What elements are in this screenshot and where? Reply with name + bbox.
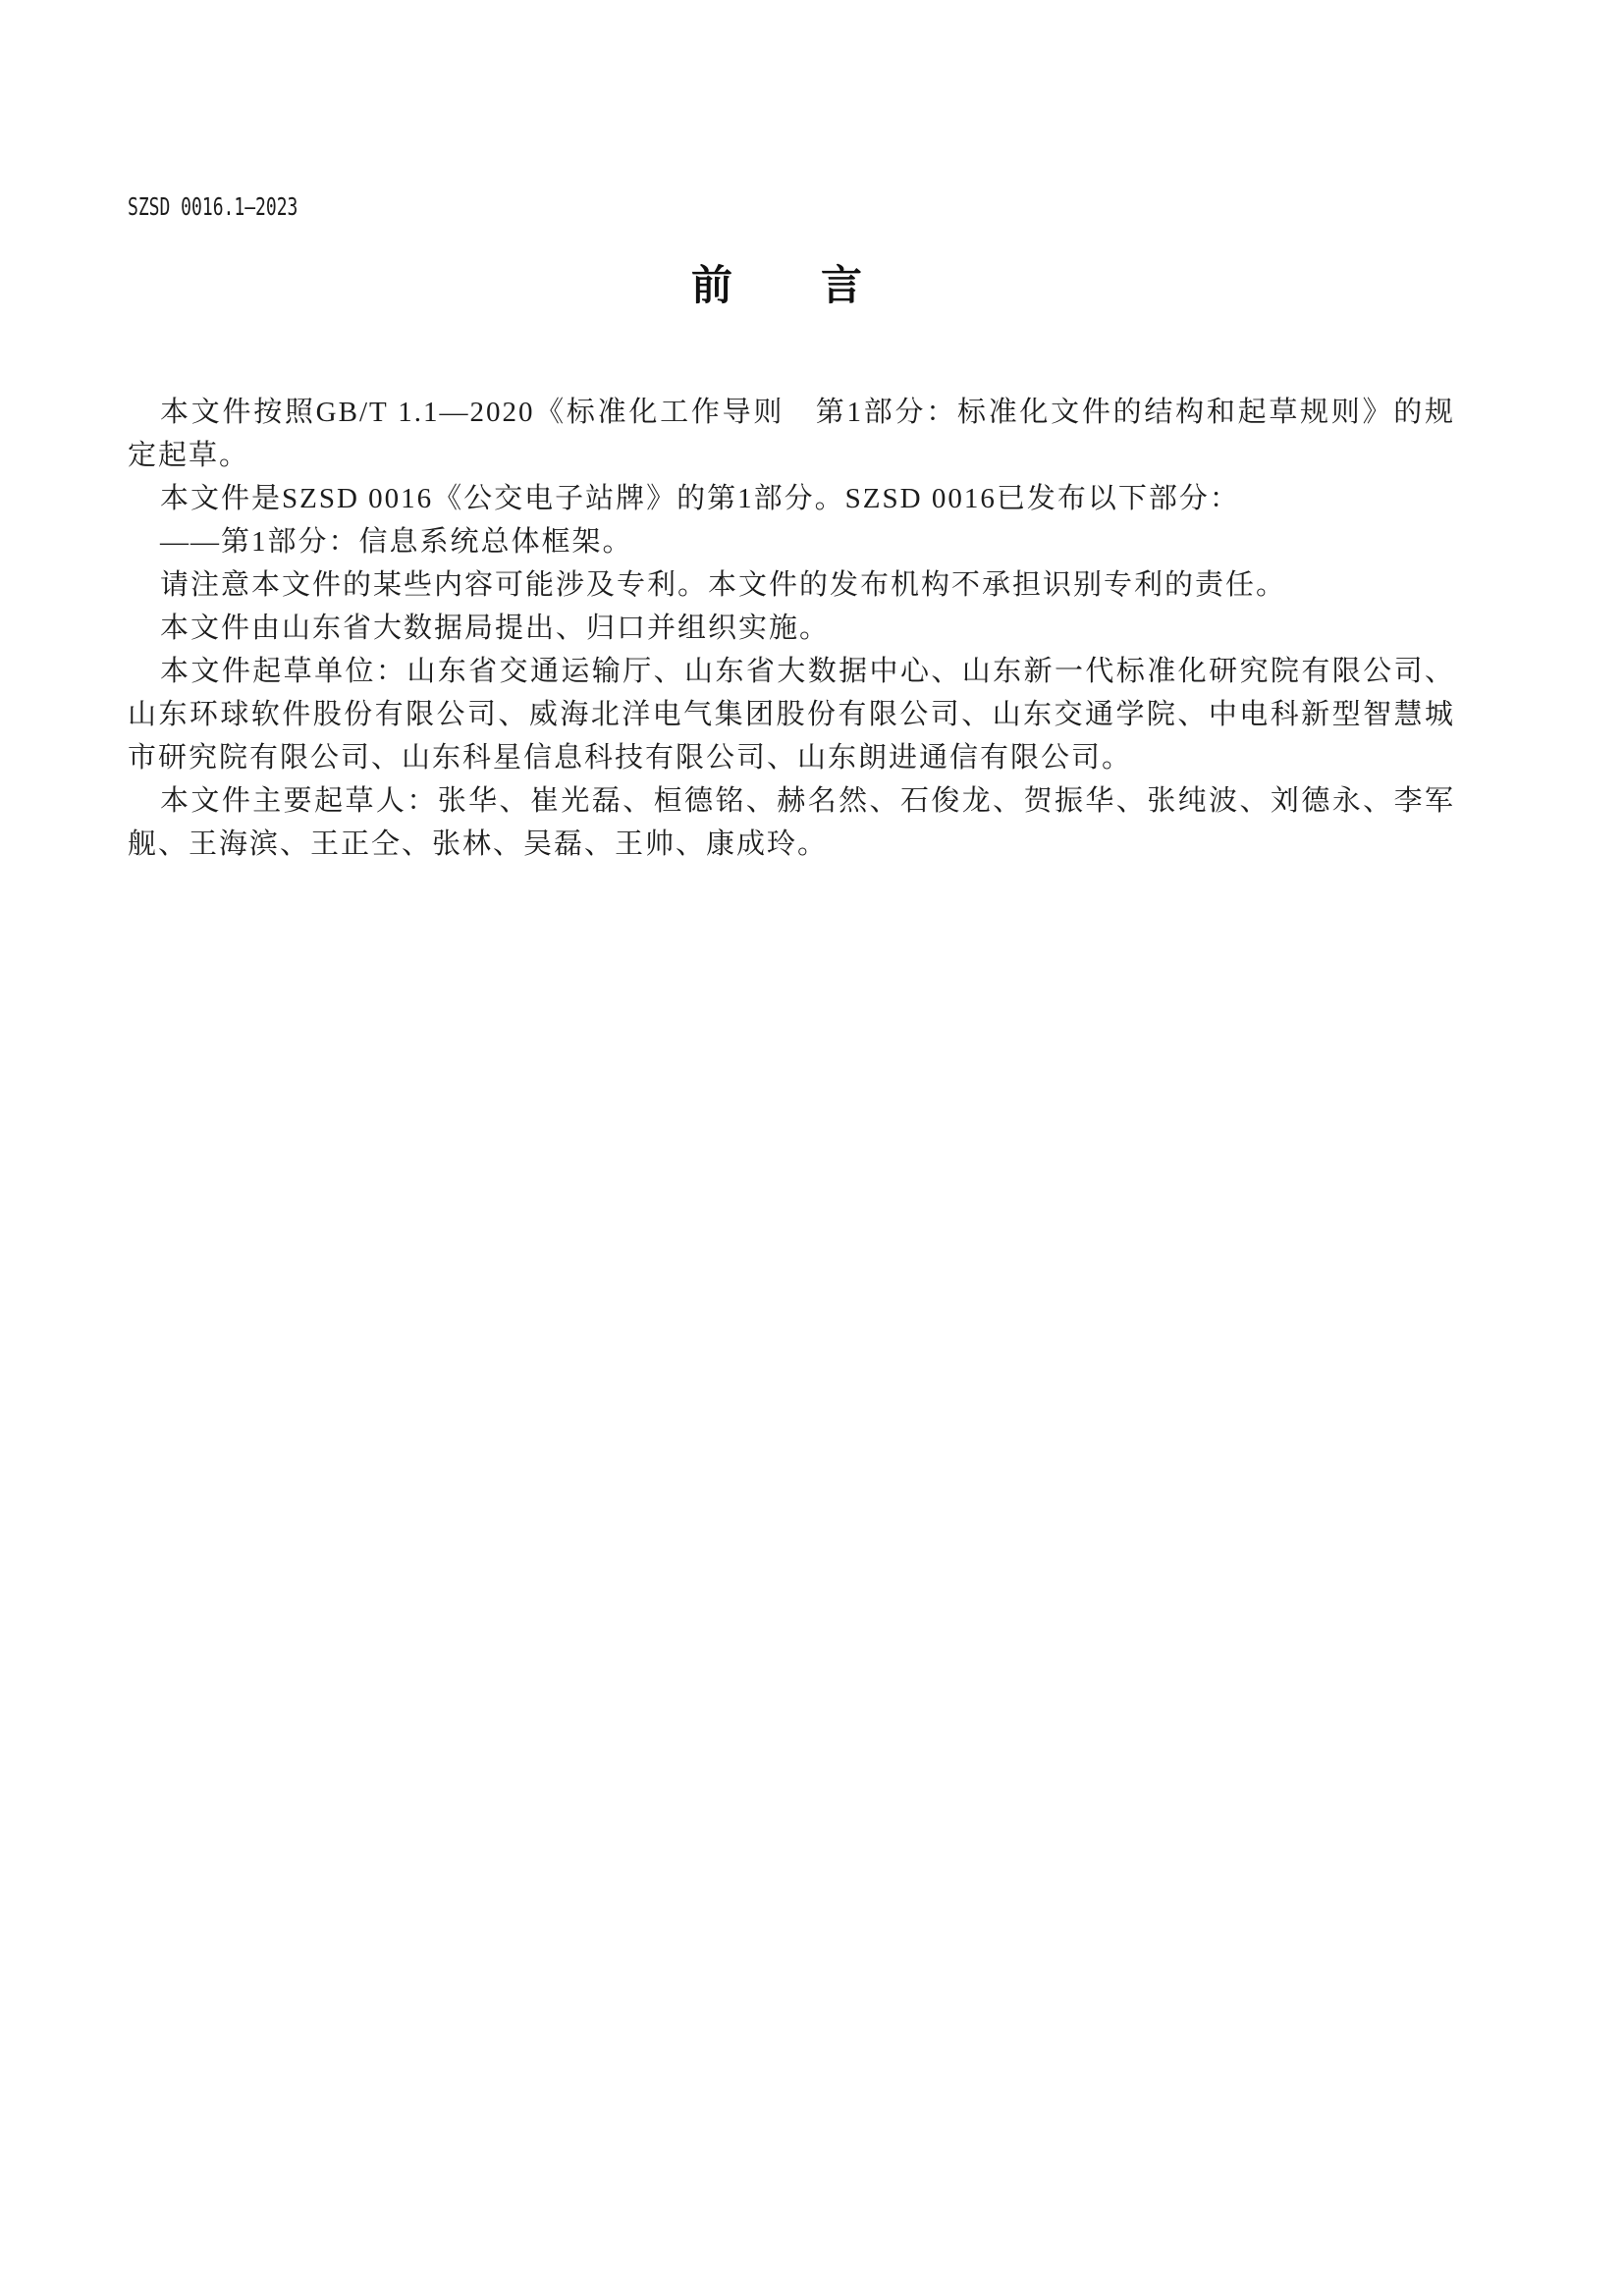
para-drafting-basis: 本文件按照GB/T 1.1—2020《标准化工作导则 第1部分：标准化文件的结构… [128, 391, 1455, 477]
foreword-body: 本文件按照GB/T 1.1—2020《标准化工作导则 第1部分：标准化文件的结构… [128, 391, 1455, 866]
foreword-title: 前 言 [0, 253, 1590, 312]
para-patent-notice: 请注意本文件的某些内容可能涉及专利。本文件的发布机构不承担识别专利的责任。 [128, 563, 1455, 607]
standard-code: SZSD 0016.1—2023 [128, 192, 298, 221]
para-drafters: 本文件主要起草人：张华、崔光磊、桓德铭、赫名然、石俊龙、贺振华、张纯波、刘德永、… [128, 779, 1455, 866]
para-series-statement: 本文件是SZSD 0016《公交电子站牌》的第1部分。SZSD 0016已发布以… [128, 477, 1455, 520]
para-issuing-body: 本文件由山东省大数据局提出、归口并组织实施。 [128, 607, 1455, 650]
para-drafting-organizations: 本文件起草单位：山东省交通运输厅、山东省大数据中心、山东新一代标准化研究院有限公… [128, 650, 1455, 779]
document-page: SZSD 0016.1—2023 前 言 本文件按照GB/T 1.1—2020《… [0, 0, 1624, 2296]
para-part-list-item: ——第1部分：信息系统总体框架。 [128, 520, 1455, 563]
